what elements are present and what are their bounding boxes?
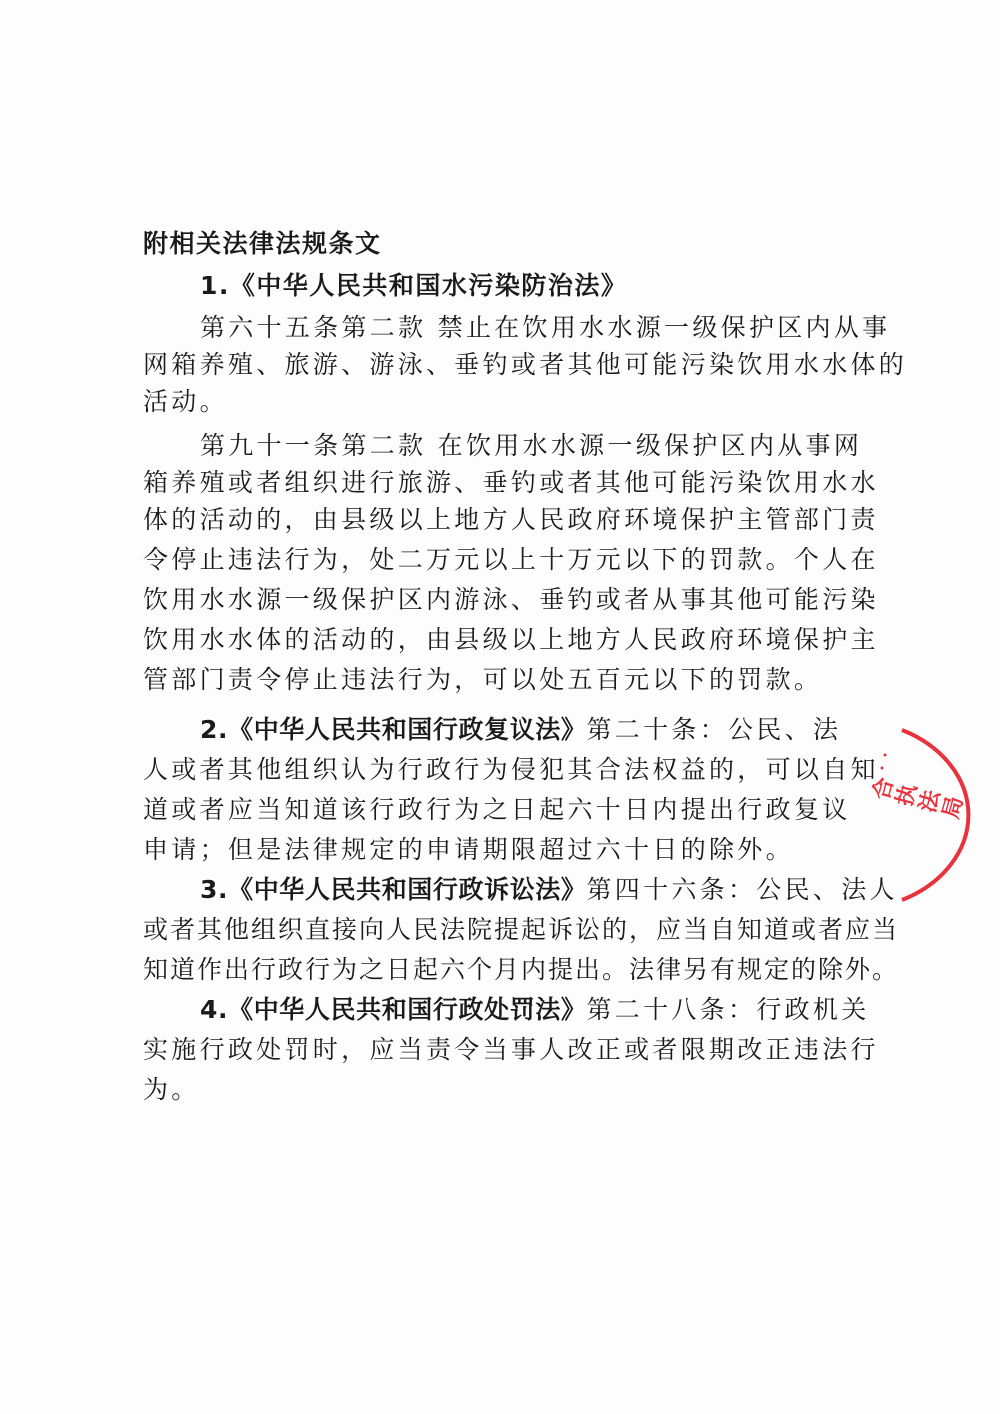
section-1-para-2-line-3: 体的活动的，由县级以上地方人民政府环境保护主管部门责 — [143, 502, 879, 538]
section-1-para-2-line-5: 饮用水水源一级保护区内游泳、垂钓或者从事其他可能污染 — [143, 582, 879, 618]
section-2-line-3: 道或者应当知道该行政行为之日起六十日内提出行政复议 — [143, 792, 851, 828]
document-page: 附相关法律法规条文 1.《中华人民共和国水污染防治法》 第六十五条第二款 禁止在… — [0, 0, 1000, 1414]
section-3-line-1: 3.《中华人民共和国行政诉讼法》第四十六条：公民、法人 — [200, 872, 898, 908]
section-3-line-3: 知道作出行政行为之日起六个月内提出。法律另有规定的除外。 — [143, 952, 899, 988]
section-1-para-1-line-2: 网箱养殖、旅游、游泳、垂钓或者其他可能污染饮用水水体的 — [143, 347, 907, 383]
section-1-heading: 1.《中华人民共和国水污染防治法》 — [200, 268, 627, 304]
section-2-line-4: 申请；但是法律规定的申请期限超过六十日的除外。 — [143, 832, 794, 868]
section-2-article: 第二十条：公民、法 — [587, 715, 842, 744]
section-1-para-2-line-4: 令停止违法行为，处二万元以上十万元以下的罚款。个人在 — [143, 542, 879, 578]
section-4-article: 第二十八条：行政机关 — [587, 995, 870, 1024]
section-1-para-2-line-1: 第九十一条第二款 在饮用水水源一级保护区内从事网 — [200, 428, 862, 464]
section-1-para-2-line-6: 饮用水水体的活动的，由县级以上地方人民政府环境保护主 — [143, 622, 879, 658]
document-title: 附相关法律法规条文 — [143, 226, 382, 262]
section-1-para-2-line-2: 箱养殖或者组织进行旅游、垂钓或者其他可能污染饮用水水 — [143, 465, 879, 501]
section-4-line-1: 4.《中华人民共和国行政处罚法》第二十八条：行政机关 — [200, 992, 870, 1028]
section-3-line-2: 或者其他组织直接向人民法院提起诉讼的，应当自知道或者应当 — [143, 912, 899, 948]
section-1-para-1-line-3: 活动。 — [143, 384, 228, 420]
section-1-para-1-line-1: 第六十五条第二款 禁止在饮用水水源一级保护区内从事 — [200, 310, 890, 346]
section-2-heading: 2.《中华人民共和国行政复议法》 — [200, 715, 587, 744]
section-4-line-3: 为。 — [143, 1072, 200, 1108]
section-4-line-2: 实施行政处罚时，应当责令当事人改正或者限期改正违法行 — [143, 1032, 879, 1068]
section-1-para-2-line-7: 管部门责令停止违法行为，可以处五百元以下的罚款。 — [143, 662, 822, 698]
section-4-heading: 4.《中华人民共和国行政处罚法》 — [200, 995, 587, 1024]
section-3-heading: 3.《中华人民共和国行政诉讼法》 — [200, 875, 587, 904]
section-2-line-2: 人或者其他组织认为行政行为侵犯其合法权益的，可以自知 — [143, 752, 879, 788]
section-2-line-1: 2.《中华人民共和国行政复议法》第二十条：公民、法 — [200, 712, 841, 748]
